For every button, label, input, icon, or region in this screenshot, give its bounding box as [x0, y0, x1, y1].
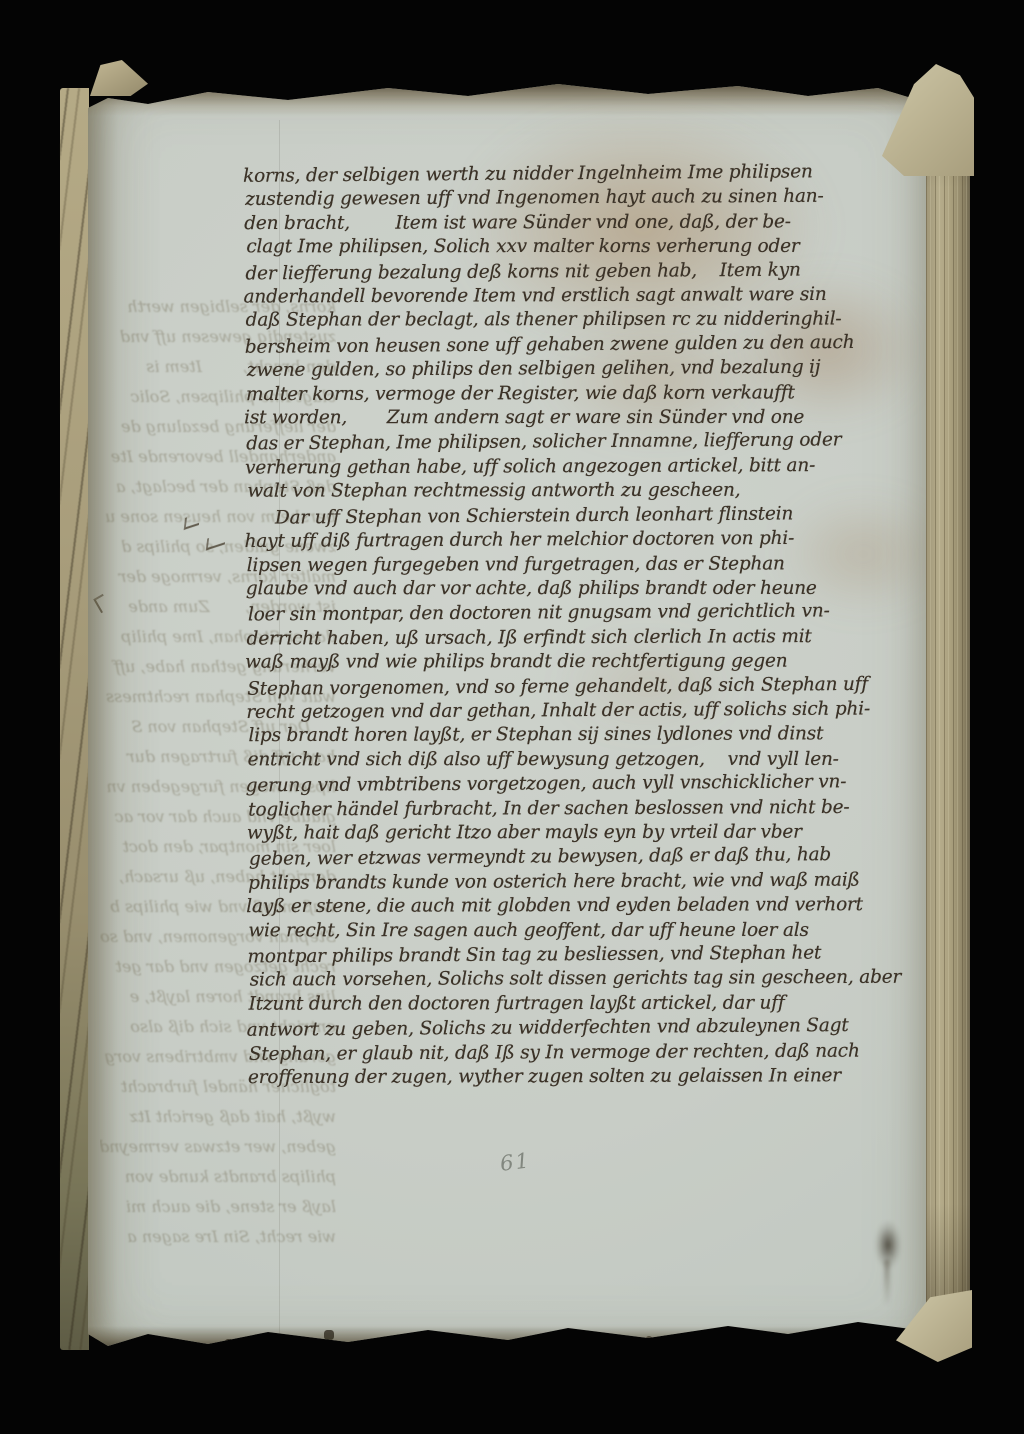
gutter-shading — [88, 74, 118, 1356]
manuscript-line: zwene gulden, so philips den selbigen ge… — [247, 355, 941, 383]
manuscript-line: recht getzogen vnd dar gethan, Inhalt de… — [246, 697, 942, 725]
manuscript-line: waß mayß vnd wie philips brandt die rech… — [245, 649, 942, 675]
manuscript-line: den bracht, Item ist ware Sünder vnd one… — [244, 210, 940, 237]
manuscript-page: korns, der selbigen werth zustendig gewe… — [88, 74, 932, 1356]
page-top-edge — [88, 74, 932, 116]
manuscript-line: sich auch vorsehen, Solichs solt dissen … — [250, 966, 944, 993]
manuscript-line: malter korns, vermoge der Register, wie … — [246, 381, 941, 408]
manuscript-line: anderhandell bevorende Item vnd erstlich… — [244, 283, 941, 310]
manuscript-line: eroffenung der zugen, wyther zugen solte… — [248, 1064, 944, 1091]
manuscript-line: lips brandt horen layßt, er Stephan sij … — [249, 722, 943, 749]
show-through-line: layß er stene, die auch mi — [100, 1192, 336, 1222]
manuscript-line: Stephan, er glaub nit, daß Iß sy In verm… — [249, 1039, 944, 1067]
manuscript-line: walt von Stephan rechtmessig antworth zu… — [248, 479, 942, 505]
manuscript-line: entricht vnd sich diß also uff bewysung … — [247, 748, 942, 773]
previous-page-edge — [60, 88, 89, 1350]
manuscript-line: derricht haben, uß ursach, Iß erfindt si… — [247, 624, 943, 651]
manuscript-line: layß er stene, die auch mit globden vnd … — [246, 893, 943, 920]
manuscript-line: zustendig gewesen uff vnd Ingenomen hayt… — [245, 184, 940, 212]
margin-ink-mark — [184, 513, 201, 530]
show-through-line: wyßt, hait daß gericht Itz — [100, 1102, 336, 1132]
margin-ink-mark — [206, 532, 227, 550]
page-bottom-edge — [88, 1326, 932, 1356]
show-through-line: geben, wer etzwas vermeynd — [100, 1132, 336, 1162]
manuscript-line: hayt uff diß furtragen durch her melchio… — [245, 526, 942, 554]
manuscript-line: verherung gethan habe, uff solich angezo… — [245, 453, 941, 480]
manuscript-line: philips brandts kunde von osterich here … — [248, 868, 944, 896]
page-number: 61 — [499, 1148, 532, 1176]
manuscript-line: wie recht, Sin Ire sagen auch geoffent, … — [249, 918, 944, 943]
manuscript-line: lipsen wegen furgegeben vnd furgetragen,… — [247, 551, 942, 578]
manuscript-line: toglicher händel furbracht, In der sache… — [248, 795, 943, 822]
show-through-line: wie recht, Sin Ire sagen a — [100, 1222, 336, 1252]
curled-corner-top-left — [90, 60, 148, 96]
manuscript-text-block: korns, der selbigen werth zu nidder Inge… — [244, 160, 944, 1090]
ink-smudge-bottom-right — [874, 1220, 902, 1270]
manuscript-line: daß Stephan der beclagt, als thener phil… — [246, 308, 941, 334]
manuscript-line: glaube vnd auch dar vor achte, daß phili… — [246, 577, 942, 602]
manuscript-line: Itzunt durch den doctoren furtragen layß… — [248, 991, 943, 1017]
show-through-line: philips brandts kunde von — [100, 1162, 336, 1192]
manuscript-photo: korns, der selbigen werth zustendig gewe… — [0, 0, 1024, 1434]
manuscript-line: clagt Ime philipsen, Solich xxv malter k… — [247, 235, 941, 260]
fore-edge-page-stack — [926, 86, 970, 1356]
manuscript-line: ist worden, Zum andern sagt er ware sin … — [244, 406, 941, 431]
